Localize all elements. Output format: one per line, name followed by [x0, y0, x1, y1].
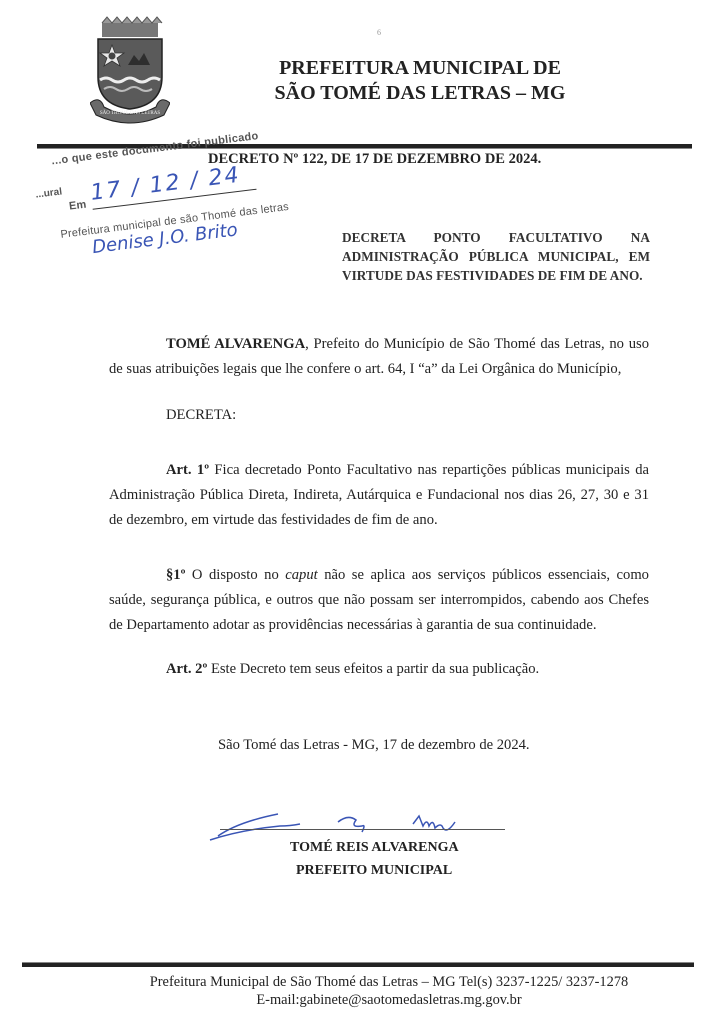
article-2: Art. 2º Este Decreto tem seus efeitos a … [166, 661, 539, 678]
page-number-mark: 6 [377, 28, 381, 37]
svg-text:SÃO THOMÉ DAS LETRAS: SÃO THOMÉ DAS LETRAS [100, 110, 161, 116]
title-line-1: PREFEITURA MUNICIPAL DE [270, 56, 570, 81]
signature-line [220, 829, 505, 830]
publication-stamp: ...o que este documento foi publicado ..… [30, 116, 323, 269]
summary-line-1: DECRETA PONTO FACULTATIVO NA [342, 228, 650, 247]
paragraph-1: §1º O disposto no caput não se aplica ao… [109, 563, 649, 638]
footer-email: E-mail:gabinete@saotomedasletras.mg.gov.… [0, 992, 718, 1009]
article-2-text: Este Decreto tem seus efeitos a partir d… [207, 661, 539, 677]
caput-italic: caput [285, 567, 317, 583]
paragraph-1-text-a: O disposto no [185, 567, 285, 583]
article-1: Art. 1º Fica decretado Ponto Facultativo… [109, 458, 649, 533]
signer-name: TOMÉ REIS ALVARENGA [290, 840, 459, 856]
article-1-label: Art. 1º [166, 462, 209, 478]
page-title: PREFEITURA MUNICIPAL DE SÃO TOMÉ DAS LET… [270, 56, 570, 106]
title-line-2: SÃO TOMÉ DAS LETRAS – MG [270, 81, 570, 106]
summary-line-2: ADMINISTRAÇÃO PÚBLICA MUNICIPAL, EM [342, 247, 650, 266]
footer-divider [22, 962, 694, 967]
decree-summary: DECRETA PONTO FACULTATIVO NA ADMINISTRAÇ… [342, 228, 650, 285]
footer-contact: Prefeitura Municipal de São Thomé das Le… [0, 974, 718, 991]
decreta-heading: DECRETA: [166, 407, 236, 424]
mayor-name-bold: TOMÉ ALVARENGA [166, 336, 305, 352]
article-2-label: Art. 2º [166, 661, 207, 677]
paragraph-1-label: §1º [166, 567, 185, 583]
summary-line-3: VIRTUDE DAS FESTIVIDADES DE FIM DE ANO. [342, 266, 650, 285]
mayor-signature-icon [208, 806, 508, 842]
signer-role: PREFEITO MUNICIPAL [296, 863, 452, 879]
coat-of-arms-icon: SÃO THOMÉ DAS LETRAS [90, 15, 170, 125]
stamp-line-1: ...o que este documento foi publicado [51, 130, 259, 167]
stamp-em-label: Em [68, 199, 86, 213]
preamble-paragraph: TOMÉ ALVARENGA, Prefeito do Município de… [109, 332, 649, 382]
stamp-line-2: ...ural [35, 186, 63, 200]
city-date: São Tomé das Letras - MG, 17 de dezembro… [218, 737, 530, 754]
